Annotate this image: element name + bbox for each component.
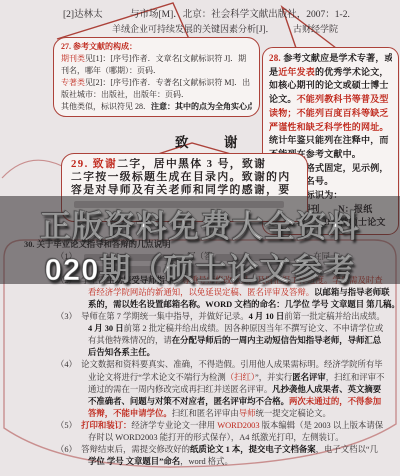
- text-segment: （4） 论文数据和资料要真实、准确，不得造假。引用他人成果需标明。经济学院所有毕: [56, 360, 383, 369]
- text-line: 论文。不能列教科书等普及型: [269, 93, 392, 107]
- text-segment: 在分配导师后的一周内主动短信告知指导老师，导师汇总: [172, 336, 381, 345]
- text-segment: ，电子文档以“几: [316, 445, 378, 454]
- text-segment: 看经济学院网站的新通知，以免延误定稿、匿名评审及答辩。: [88, 288, 314, 297]
- text-line: 有其他特殊情况的，请在分配导师后的一周内主动短信告知指导老师，导师汇总: [0, 335, 400, 347]
- text-line: 期刊类见[1]：[序号]作者．文章名[文献标识符 J]．期: [61, 53, 252, 65]
- text-segment: 版社城市：出版社，出版年：页码．: [61, 90, 189, 99]
- text-segment: 版本编辑（是 2003 以上版本请保: [260, 421, 384, 430]
- text-segment: （扫红）: [226, 373, 255, 382]
- text-segment: 扫红和匿名评审由: [172, 409, 239, 418]
- text-line: （4） 论文数据和资料要真实、准确，不得造假。引用他人成果需标明。经济学院所有毕: [0, 359, 400, 371]
- text-line: 是近年发表的优秀学术论文，: [269, 66, 392, 80]
- text-segment: 容是对导师及有关老师和同学的感谢，要: [71, 184, 291, 196]
- text-line: 答辩，不能申请学位。扫红和匿名评审由导师统一提交定稿论文。: [0, 408, 400, 420]
- text-segment: 近年发表: [278, 67, 315, 77]
- text-line: 其他类似，标识符见 28．注意：其中的点为全角实心点．: [61, 101, 252, 113]
- text-segment: 4 月 30 日: [88, 324, 124, 333]
- text-segment: WORD2003: [217, 421, 259, 430]
- text-line: 通过的需在一周内修改完成再扫红并送匿名评审。凡抄袭他人成果者、英文摘要: [0, 384, 400, 396]
- text-line: 4 月 30 日前第 2 批定稿并给出成绩。因各种原因当年不撰写论文、不申请学位…: [0, 323, 400, 335]
- text-line: 28. 参考文献应是学术专著，或: [269, 52, 392, 66]
- text-line: 系的，需以姓名设置邮箱名称。WORD 文档的命名：几学位 学号 文章题目 第几稿…: [0, 299, 400, 311]
- reference-3-institution: 古财经学院: [293, 22, 338, 35]
- annotated-thesis-document: [2]达林太 与市场[M]．北京：社会科学文献出版社，2007：1-2. 羊绒企…: [0, 0, 400, 476]
- text-segment: 29. 致谢: [71, 158, 117, 170]
- text-segment: 前第一批定稿并给出成绩。: [284, 312, 385, 321]
- text-segment: 是: [269, 67, 278, 77]
- text-segment: （6） 答辩结束后，需提交修改好的: [56, 445, 190, 454]
- text-segment: 论文。: [269, 94, 297, 104]
- reference-2-author: [2]达林太: [63, 6, 103, 20]
- text-line: （6） 答辩结束后，需提交修改好的纸质论文 1 本，提交电子文档备案，电子文档以…: [0, 444, 400, 456]
- text-segment: 前第 2 批定稿并给出成绩。因各种原因当年不撰写论文、不申请学位或: [124, 324, 384, 333]
- reference-2-source: 与市场[M]．北京：社会科学文献出版社，2007：1-2.: [130, 6, 350, 20]
- text-segment: 注意：其中的点为全角实心点．: [151, 102, 252, 111]
- text-segment: 28.: [269, 53, 283, 63]
- annotation-callout-27: 27. 参考文献的构成：期刊类见[1]：[序号]作者．文章名[文献标识符 J]．…: [53, 37, 260, 117]
- text-segment: 27. 参考文献的构成：: [61, 42, 137, 51]
- text-segment: 经济学专业论文一律用: [131, 421, 217, 430]
- text-segment: 如核心期刊的论文或硕士博士: [269, 80, 389, 90]
- text-line: 业论文将进行“学术论文不端行为检测（扫红）”，并实行匿名评审，扫红和评审不: [0, 372, 400, 384]
- text-segment: 学位 学号 文章题目”命名: [88, 457, 180, 466]
- reference-3-title: 羊绒企业可持续发展的关键因素分析[J]．: [112, 22, 275, 35]
- text-segment: 以邮箱与指导老师联: [314, 288, 389, 297]
- text-segment: 存时以 WORD2003 能打开的形式保存），A4 纸激光打印，左侧装订。: [88, 433, 344, 442]
- text-segment: 见[1]：[序号]作者．文章名[文献标识符 J]．期: [85, 54, 246, 63]
- text-line: 29. 致谢二字，居中黑体 3 号，致谢: [71, 158, 298, 171]
- text-line: 刊名，哪年（哪期）：页码．: [61, 65, 252, 77]
- text-segment: 见[2]：[序号]作者．专著名[文献标识符 M]．出: [85, 78, 250, 87]
- text-segment: （5）: [56, 421, 81, 430]
- text-segment: 纸质论文 1 本，提交电子文档备案: [190, 445, 316, 454]
- text-segment: 专著类: [61, 78, 85, 87]
- text-segment: 期刊类: [61, 54, 85, 63]
- text-segment: 打印和装订：: [81, 421, 131, 430]
- text-segment: 不准确者、问题与对策不对应者，匿名评审均不合格。: [88, 397, 289, 406]
- text-segment: 凡抄袭他人成果者、英文摘要: [272, 385, 381, 394]
- text-line: 专著类见[2]：[序号]作者．专著名[文献标识符 M]．出: [61, 77, 252, 89]
- text-segment: ，word 格式。: [180, 457, 233, 466]
- text-segment: 二字，居中黑体 3 号，致谢: [117, 158, 266, 170]
- text-segment: 通过的需在一周内修改完成再扫红并送匿名评审。: [88, 385, 272, 394]
- text-segment: 刊名，哪年（哪期）：页码．: [61, 66, 161, 75]
- text-segment: ”，并实行: [255, 373, 292, 382]
- text-segment: 两次未通过的，不得参加: [289, 397, 381, 406]
- text-segment: 统计年鉴只能列在注释中，而: [269, 135, 389, 145]
- text-segment: 有其他特殊情况的，请: [88, 336, 172, 345]
- text-segment: 读物；不能列百度百科等缺乏: [269, 108, 389, 118]
- watermark-line-2: 020期（硕士论文参考: [0, 244, 400, 289]
- text-segment: 二字按一级标题生成在目录内。致谢的内: [71, 171, 291, 183]
- text-segment: 系的，需以姓名设置邮箱名称。WORD 文档的命名：几学位 学号 文章题目 第几稿…: [88, 300, 400, 309]
- text-segment: 匿名评审: [292, 373, 326, 382]
- text-line: 读物；不能列百度百科等缺乏: [269, 107, 392, 121]
- text-line: 27. 参考文献的构成：: [61, 41, 252, 53]
- text-line: 统计年鉴只能列在注释中，而: [269, 134, 392, 148]
- text-segment: 4 月 10 日: [249, 312, 285, 321]
- text-segment: ，扫红和评审不: [326, 373, 385, 382]
- text-line: 严谨性和缺乏科学性的网址。: [269, 121, 392, 135]
- text-line: （3） 导师在第 7 学期统一集中指导，并做好记录。4 月 10 日前第一批定稿…: [0, 311, 400, 323]
- text-line: （5） 打印和装订：经济学专业论文一律用 WORD2003 版本编辑（是 200…: [0, 420, 400, 432]
- text-segment: 业论文将进行“学术论文不端行为检测: [88, 373, 226, 382]
- text-segment: 其他类似，标识符见 28．: [61, 102, 151, 111]
- text-segment: 的优秀学术论文，: [315, 67, 389, 77]
- watermark-line-1: 正版资料免费大全资料: [0, 201, 400, 246]
- acknowledgements-heading: 致 谢: [175, 131, 249, 151]
- text-segment: 后告知各系主任。: [88, 348, 155, 357]
- text-line: 存时以 WORD2003 能打开的形式保存），A4 纸激光打印，左侧装订。: [0, 432, 400, 444]
- text-segment: 导师: [239, 409, 256, 418]
- text-segment: （3） 导师在第 7 学期统一集中指导，并做好记录。: [56, 312, 249, 321]
- text-line: 如核心期刊的论文或硕士博士: [269, 79, 392, 93]
- text-segment: 不能列教科书等普及型: [297, 94, 389, 104]
- text-segment: 答辩，不能申请学位。: [88, 409, 172, 418]
- text-line: 不准确者、问题与对策不对应者，匿名评审均不合格。两次未通过的，不得参加: [0, 396, 400, 408]
- text-line: 二字按一级标题生成在目录内。致谢的内: [71, 171, 298, 184]
- text-line: 学位 学号 文章题目”命名，word 格式。: [0, 456, 400, 468]
- text-line: 版社城市：出版社，出版年：页码．: [61, 89, 252, 101]
- text-segment: 严谨性和缺乏科学性的网址。: [269, 122, 389, 132]
- text-segment: 参考文献应是学术专著，或: [283, 53, 392, 63]
- text-segment: 统一提交定稿论文。: [256, 409, 331, 418]
- text-line: 后告知各系主任。: [0, 347, 400, 359]
